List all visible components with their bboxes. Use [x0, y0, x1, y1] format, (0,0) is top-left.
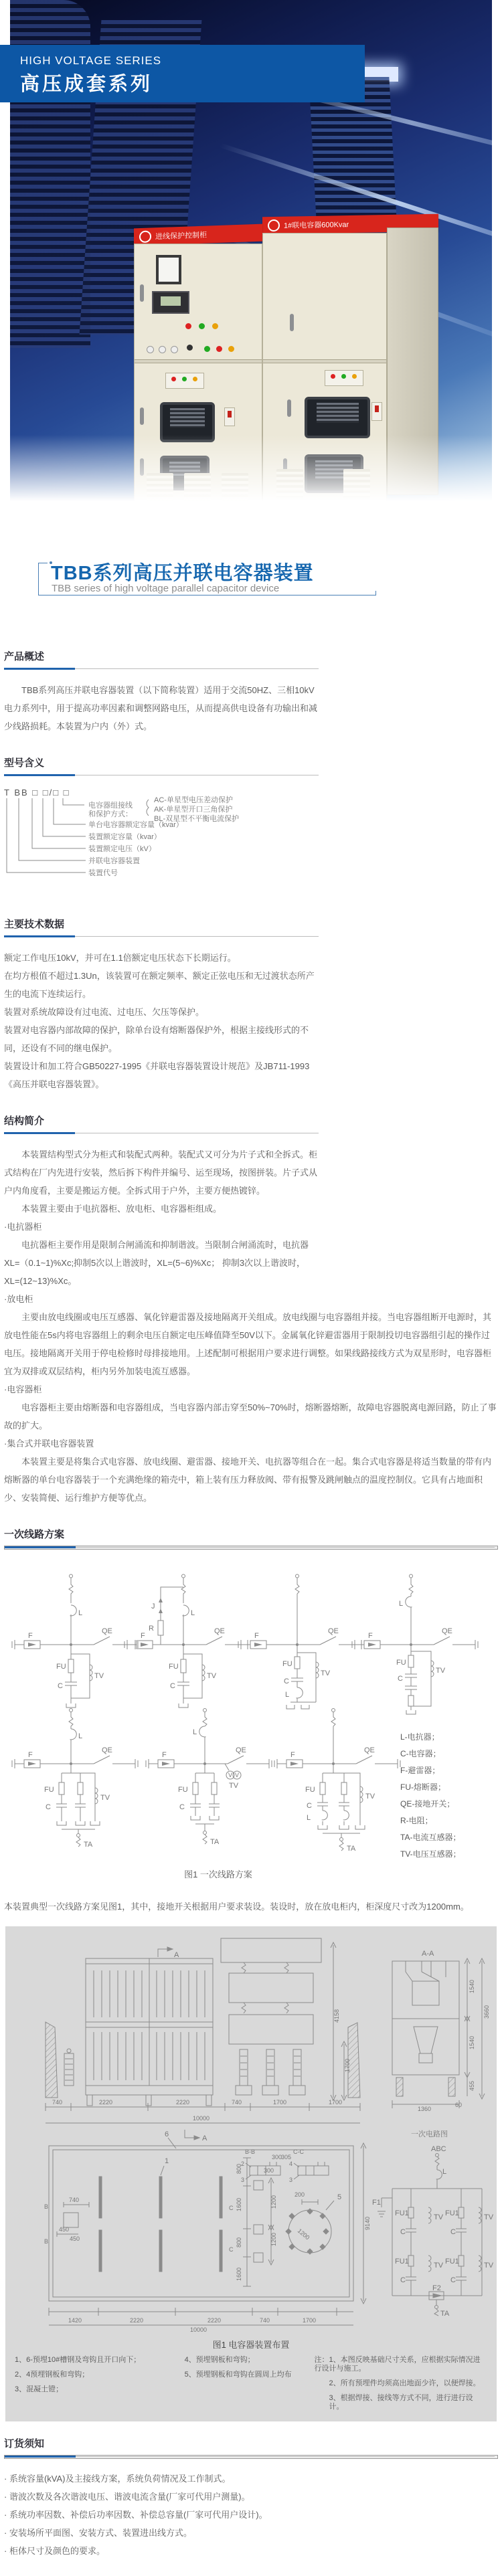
- lcd-display: [152, 291, 189, 314]
- label-FU1: FU1: [445, 2209, 459, 2217]
- brand-logo-icon: [139, 230, 151, 243]
- section-heading: 订货须知: [4, 2436, 498, 2450]
- label-V: V: [228, 1772, 232, 1778]
- mark-B: B: [44, 2238, 48, 2245]
- circuit-title: 一次电路图: [411, 2129, 448, 2138]
- door-handle: [287, 399, 291, 417]
- dim-2220: 2220: [130, 2317, 143, 2324]
- label-FU: FU: [396, 1659, 406, 1667]
- selector-switch: [187, 345, 193, 351]
- dim-10000: 10000: [190, 2326, 207, 2333]
- ordering-item: · 柜体尺寸及颜色的要求。: [4, 2542, 473, 2560]
- dim-1600: 1600: [236, 2198, 242, 2211]
- scheme-diagram-1: L F QE FU C TV: [12, 1574, 138, 1708]
- mark-ABC: ABC: [431, 2145, 446, 2153]
- label-C: C: [307, 1802, 312, 1810]
- indicator-light-red: [216, 346, 222, 352]
- label-FU: FU: [56, 1663, 66, 1671]
- legend-item: C-电容器；: [400, 1748, 441, 1758]
- label-F: F: [141, 1632, 145, 1640]
- model-protect-opt-2: AK-单星型开口三角保护: [154, 804, 232, 814]
- instrument-panel: [325, 370, 363, 386]
- interlock-device: [224, 407, 235, 426]
- overview-paragraph: TBB系列高压并联电容器装置（以下简称装置）适用于交流50HZ、三相10kV电力…: [4, 681, 320, 735]
- label-TV: TV: [229, 1782, 239, 1790]
- elevation-view: [46, 1938, 360, 2140]
- label-L: L: [307, 1814, 311, 1822]
- section-rule: [4, 1546, 498, 1550]
- control-button: [159, 346, 166, 353]
- mark-A: A: [174, 1951, 179, 1959]
- ordering-item: · 系统容量(kVA)及主接线方案，系统负荷情况及工作制式。: [4, 2470, 473, 2488]
- door-handle: [290, 314, 294, 331]
- indicator-light-yellow: [228, 346, 234, 352]
- section-rule: [4, 1132, 498, 1135]
- dim-60: 60: [455, 2102, 462, 2108]
- label-C: C: [398, 1675, 403, 1683]
- ordering-item: · 系统功率因数、补偿后功率因数、补偿总容量(厂家可代用户设计)。: [4, 2506, 473, 2524]
- dim-1540: 1540: [469, 2036, 475, 2049]
- section-rule: [4, 2455, 498, 2459]
- callout-6: 6: [165, 2130, 169, 2138]
- instrument-panel: [165, 373, 204, 389]
- model-code: T BB □ □/□ □: [4, 788, 70, 798]
- structure-paragraph: 主要由放电线圈或电压互感器、氧化锌避雷器及接地隔离开关组成。放电线圈与电容器组并…: [4, 1308, 498, 1380]
- callout-3: 3: [241, 2177, 244, 2183]
- dim-1360: 1360: [418, 2106, 431, 2112]
- label-TV: TV: [434, 2262, 444, 2270]
- label-FU: FU: [44, 1786, 54, 1794]
- scheme-diagram-2: J R L F QE FU C TV: [124, 1574, 250, 1708]
- dim-10000: 10000: [193, 2115, 210, 2122]
- label-TA: TA: [210, 1838, 220, 1846]
- product-title-en: TBB series of high voltage parallel capa…: [52, 583, 279, 594]
- label-R: R: [149, 1625, 154, 1633]
- section-model-meaning: 型号含义 T BB □ □/□ □ 电容器组接线 和保护方式： AC-单星型电压…: [0, 755, 502, 897]
- model-label-shunt-device: 并联电容器装置: [88, 856, 140, 865]
- label-QE: QE: [364, 1746, 375, 1754]
- dim-455: 455: [469, 2081, 475, 2091]
- label-F: F: [254, 1632, 259, 1640]
- brand-logo-icon: [268, 219, 280, 232]
- layout-caption: 图1 电容器装置布置: [5, 2338, 497, 2351]
- label-TV: TV: [321, 1669, 331, 1677]
- dim-2220: 2220: [207, 2317, 221, 2324]
- scheme-diagram-3: F QE FU C L TV: [238, 1574, 364, 1709]
- analog-meter: [156, 255, 181, 284]
- label-TV: TV: [484, 2262, 494, 2270]
- photo-floor-fade: [10, 435, 492, 542]
- label-C: C: [170, 1682, 175, 1690]
- model-code-diagram: T BB □ □/□ □ 电容器组接线 和保护方式： AC-单星型电压差动保护 …: [4, 788, 325, 893]
- scheme-diagram-5: L F QE FU C TV TA: [12, 1709, 138, 1849]
- cabinet-banner-right-label: 1#联电容器600Kvar: [284, 219, 349, 231]
- dim-740: 740: [232, 2099, 242, 2106]
- scheme-diagram-4: L F QE FU C TV: [352, 1574, 478, 1714]
- ordering-item: · 安装场所平面图、安装方式、装置进出线方式。: [4, 2524, 473, 2542]
- label-QE: QE: [442, 1627, 452, 1635]
- legend-item: 2、4预埋钢板和弯钩；: [15, 2371, 185, 2379]
- legend-item: R-电阻；: [400, 1815, 433, 1825]
- dim-1700: 1700: [273, 2099, 286, 2106]
- section-rule: [4, 935, 498, 938]
- label-C: C: [284, 1677, 289, 1685]
- mark-CC: C-C: [293, 2148, 304, 2155]
- label-L: L: [78, 1732, 82, 1740]
- product-title-zh: TBB系列高压并联电容器装置: [51, 558, 314, 585]
- dim-450: 450: [59, 2226, 69, 2233]
- dim-9140: 9140: [364, 2217, 371, 2230]
- dim-1700: 1700: [303, 2317, 316, 2324]
- indicator-light-green: [204, 346, 210, 352]
- model-label-device-code: 装置代号: [88, 868, 118, 877]
- dim-1600: 1600: [236, 2268, 242, 2281]
- dim-1700: 1700: [344, 2059, 351, 2072]
- label-C: C: [450, 2276, 456, 2284]
- dim-1540: 1540: [469, 1980, 475, 1993]
- label-F1: F1: [372, 2199, 381, 2207]
- label-FU: FU: [305, 1786, 315, 1794]
- layout-drawing: A A 4158 1700 740 2220 2220 740 1700 170…: [5, 1932, 497, 2333]
- dim-1200: 1200: [270, 2195, 277, 2209]
- label-F: F: [28, 1632, 33, 1640]
- label-TV: TV: [100, 1794, 110, 1802]
- mark-AA: A-A: [422, 1950, 434, 1958]
- plan-view: [49, 2138, 366, 2325]
- control-button: [147, 346, 154, 353]
- label-V: V: [235, 1772, 239, 1778]
- dim-800: 800: [236, 2237, 242, 2247]
- label-QE: QE: [102, 1627, 112, 1635]
- legend-item: 3、混凝土镫；: [15, 2385, 185, 2394]
- label-C: C: [450, 2228, 456, 2236]
- label-TA: TA: [347, 1845, 356, 1853]
- label-L: L: [193, 1728, 197, 1736]
- section-rule: [4, 774, 498, 777]
- label-F: F: [28, 1751, 33, 1759]
- scheme-diagram-7: F QE FU C L TV TA: [274, 1709, 400, 1853]
- cabinet-rail: [263, 359, 386, 363]
- label-C: C: [46, 1803, 51, 1811]
- legend-item: QE-接地开关；: [400, 1799, 454, 1809]
- legend-item: 4、预埋钢板和弯钩；: [185, 2356, 315, 2365]
- section-overview: 产品概述 TBB系列高压并联电容器装置（以下简称装置）适用于交流50HZ、三相1…: [0, 649, 502, 735]
- label-C: C: [400, 2276, 406, 2284]
- indicator-light-red: [185, 323, 191, 329]
- legend-item: 5、预埋钢板和弯钩在圆周上均布: [185, 2371, 315, 2379]
- title-decor-line: [375, 591, 376, 595]
- structure-paragraph: 电抗器柜主要作用是限制合闸涌流和抑制谐波。当限制合闸涌流时，电抗器XL=（0.1…: [4, 1236, 320, 1290]
- structure-subheading: ·放电柜: [4, 1290, 498, 1308]
- dim-740: 740: [260, 2317, 270, 2324]
- note-item: 3、根据焊接、接线等方式不同，进行进行设计。: [314, 2394, 487, 2411]
- dim-2220: 2220: [176, 2099, 189, 2106]
- section-scheme: 一次线路方案 L F QE FU C TV: [0, 1527, 502, 1916]
- note-item: 注：1、本图反映基础尺寸关系，应根据实际情况进行设计与施工。: [314, 2356, 487, 2373]
- structure-paragraph: 本装置主要由于电抗器柜、放电柜、电容器柜组成。: [4, 1200, 320, 1218]
- callout-1: 1: [165, 2157, 169, 2165]
- model-protect-label-2: 和保护方式：: [88, 809, 133, 818]
- section-heading: 一次线路方案: [4, 1527, 498, 1541]
- label-TA: TA: [84, 1841, 93, 1849]
- label-L: L: [78, 1609, 82, 1617]
- label-TV: TV: [484, 2213, 494, 2221]
- control-button: [171, 346, 178, 353]
- dim-740: 740: [69, 2197, 79, 2203]
- structure-paragraph: 电容器柜主要由熔断器和电容器组成，当电容器内部击穿至50%~70%时，熔断器熔断…: [4, 1398, 498, 1435]
- dim-2220: 2220: [99, 2099, 112, 2106]
- layout-legend-col2: 4、预埋钢板和弯钩； 5、预埋钢板和弯钩在圆周上均布: [185, 2356, 315, 2417]
- plan-dims: 6 1 740 450 450 B B 800 1600 800 1600 30…: [44, 2130, 371, 2333]
- label-F: F: [162, 1751, 167, 1759]
- dim-740: 740: [52, 2099, 62, 2106]
- indicator-light-green: [199, 323, 205, 329]
- layout-drawing-panel: A A 4158 1700 740 2220 2220 740 1700 170…: [5, 1926, 497, 2421]
- mark-C: C: [229, 2246, 234, 2253]
- legend-item: TA-电流互感器；: [400, 1832, 461, 1842]
- label-FU1: FU1: [445, 2258, 459, 2266]
- label-FU: FU: [169, 1663, 179, 1671]
- title-decor-line: [38, 563, 39, 595]
- section-structure: 结构简介 本装置结构型式分为柜式和装配式两种。装配式又可分为片子式和全拆式。柜式…: [0, 1113, 502, 1507]
- label-QE: QE: [102, 1746, 112, 1754]
- primary-circuit-diagram: 一次电路图 ABC L F1 FU1 FU1 TV TV C: [372, 2129, 494, 2318]
- label-TV: TV: [434, 2213, 444, 2221]
- label-TV: TV: [436, 1667, 446, 1675]
- label-QE: QE: [328, 1627, 339, 1635]
- label-FU1: FU1: [395, 2258, 409, 2266]
- cabinet-banner-left: 进线保护控制柜: [134, 224, 262, 246]
- structure-subheading: ·集合式并联电容器装置: [4, 1435, 498, 1453]
- mark-BB: B-B: [245, 2148, 255, 2155]
- dim-3660: 3660: [483, 2005, 490, 2019]
- section-ordering: 订货须知 · 系统容量(kVA)及主接线方案，系统负荷情况及工作制式。 · 谐波…: [0, 2436, 502, 2560]
- scheme-diagram-6: V V TV L F QE FU C TA: [146, 1709, 272, 1847]
- dim-1420: 1420: [68, 2317, 82, 2324]
- label-L: L: [191, 1609, 195, 1617]
- legend-item: FU-熔断器；: [400, 1782, 446, 1792]
- model-label-rated-voltage: 装置额定电压（kV）: [88, 844, 156, 853]
- structure-subheading: ·电抗器柜: [4, 1218, 498, 1236]
- scheme-caption: 图1 一次线路方案: [4, 1867, 432, 1880]
- dim-300: 300: [272, 2154, 282, 2160]
- callout-2: 2: [241, 2160, 244, 2167]
- inspection-window: [305, 397, 370, 438]
- label-C: C: [400, 2228, 406, 2236]
- label-TA: TA: [440, 2310, 450, 2318]
- note-item: 2、所有预埋件均须高出地面少许，以便焊接。: [314, 2379, 487, 2388]
- section-rule: [4, 668, 498, 670]
- dim-300: 300: [264, 2167, 274, 2174]
- model-label-unit-capacity: 单台电容器额定容量（kvar）: [88, 820, 183, 829]
- dim-305: 305: [281, 2154, 291, 2160]
- structure-subheading: ·电容器柜: [4, 1380, 498, 1398]
- label-QE: QE: [236, 1746, 246, 1754]
- label-L: L: [285, 1691, 289, 1699]
- tech-item: 装置对系统故障设有过电流、过电压、欠压等保护。: [4, 1003, 320, 1021]
- label-L: L: [399, 1600, 403, 1608]
- mark-C: C: [229, 2205, 234, 2211]
- label-F: F: [368, 1632, 373, 1640]
- indicator-light-yellow: [212, 323, 218, 329]
- scheme-legend: L-电抗器； C-电容器； F-避雷器； FU-熔断器； QE-接地开关； R-…: [400, 1732, 461, 1859]
- layout-notes: 注：1、本图反映基础尺寸关系，应根据实际情况进行设计与施工。 2、所有预埋件均须…: [314, 2356, 487, 2417]
- series-banner: HIGH VOLTAGE SERIES 高压成套系列: [0, 45, 365, 102]
- title-decor-line: [38, 595, 376, 595]
- door-handle: [140, 407, 144, 425]
- model-label-rated-capacity: 装置额定容量（kvar）: [88, 832, 161, 841]
- mark-B: B: [44, 2203, 48, 2210]
- legend-item: 1、6-预埋10#槽钢及弯钩且开口向下；: [15, 2356, 185, 2365]
- label-FU: FU: [282, 1660, 292, 1668]
- section-heading: 产品概述: [4, 649, 498, 663]
- tech-item: 在均方根值不超过1.3Un，该装置可在额定频率、额定正弦电压和无过渡状态所产生的…: [4, 967, 320, 1003]
- label-J: J: [151, 1602, 155, 1611]
- section-tech-data: 主要技术数据 额定工作电压10kV，并可在1.1倍额定电压状态下长期运行。 在均…: [0, 917, 502, 1093]
- section-heading: 型号含义: [4, 755, 498, 769]
- scheme-note: 本装置典型一次线路方案见图1，其中，接地开关根据用户要求装设。装设时，放在放电柜…: [4, 1898, 498, 1916]
- model-protect-label-1: 电容器组接线: [88, 800, 133, 810]
- dim-1700: 1700: [329, 2099, 342, 2106]
- legend-item: TV-电压互感器；: [400, 1849, 461, 1859]
- label-F2: F2: [432, 2284, 441, 2292]
- dim-450: 450: [70, 2235, 80, 2242]
- callout-4: 4: [289, 2160, 292, 2167]
- cabinet-rail: [135, 359, 262, 363]
- door-handle: [140, 284, 144, 302]
- section-heading: 主要技术数据: [4, 917, 498, 931]
- label-TV: TV: [365, 1792, 375, 1801]
- label-TV: TV: [94, 1672, 104, 1680]
- tech-item: 装置对电容器内部故障的保护，除单台设有熔断器保护外，根据主接线形式的不同，还设有…: [4, 1021, 320, 1057]
- dim-200: 200: [295, 2191, 305, 2198]
- series-name-en: HIGH VOLTAGE SERIES: [20, 54, 365, 68]
- label-C: C: [179, 1803, 185, 1811]
- primary-scheme-figure: L F QE FU C TV J R L F QE FU C: [4, 1560, 493, 1860]
- model-protect-opt-1: AC-单星型电压差动保护: [154, 795, 233, 804]
- tech-item: 额定工作电压10kV，并可在1.1倍额定电压状态下长期运行。: [4, 949, 320, 967]
- label-QE: QE: [214, 1627, 225, 1635]
- dim-4158: 4158: [333, 2009, 340, 2023]
- interlock-device: [371, 402, 382, 421]
- structure-paragraph: 本装置结构型式分为柜式和装配式两种。装配式又可分为片子式和全拆式。柜式结构在厂内…: [4, 1145, 320, 1200]
- series-name-zh: 高压成套系列: [20, 69, 365, 96]
- dim-1200: 1200: [270, 2233, 277, 2246]
- mark-A: A: [202, 2134, 207, 2142]
- label-C: C: [58, 1682, 63, 1690]
- callout-3: 3: [289, 2177, 292, 2183]
- tech-item: 装置设计和加工符合GB50227-1995《并联电容器装置设计规范》及JB711…: [4, 1057, 320, 1093]
- label-L: L: [442, 2168, 446, 2176]
- ordering-item: · 谐波次数及各次谐波电压、谐波电流含量(厂家可代用户测量)。: [4, 2488, 473, 2506]
- label-FU1: FU1: [395, 2209, 409, 2217]
- legend-item: L-电抗器；: [400, 1732, 440, 1742]
- product-title-block: TBB系列高压并联电容器装置 TBB series of high voltag…: [0, 561, 502, 629]
- legend-item: F-避雷器；: [400, 1766, 440, 1775]
- structure-paragraph: 本装置主要是将集合式电容器、放电线圈、避雷器、接地开关、电抗器等组合在一起。集合…: [4, 1453, 498, 1507]
- section-heading: 结构简介: [4, 1113, 498, 1127]
- layout-legend: 1、6-预埋10#槽钢及弯钩且开口向下； 2、4预埋钢板和弯钩； 3、混凝土镫；…: [5, 2356, 497, 2417]
- dim-1200: 1200: [297, 2227, 311, 2241]
- label-F: F: [290, 1751, 295, 1759]
- elevation-dims: A A 4158 1700 740 2220 2220 740 1700 170…: [52, 1951, 351, 2142]
- cabinet-banner-left-label: 进线保护控制柜: [155, 229, 207, 242]
- layout-legend-col1: 1、6-预埋10#槽钢及弯钩且开口向下； 2、4预埋钢板和弯钩； 3、混凝土镫；: [15, 2356, 185, 2417]
- label-FU: FU: [178, 1786, 188, 1794]
- title-decor-line: [38, 563, 48, 563]
- callout-5: 5: [337, 2193, 341, 2201]
- hero-section: 1#联电容器600Kvar 进线保护控制柜: [0, 0, 502, 542]
- label-TV: TV: [207, 1672, 217, 1680]
